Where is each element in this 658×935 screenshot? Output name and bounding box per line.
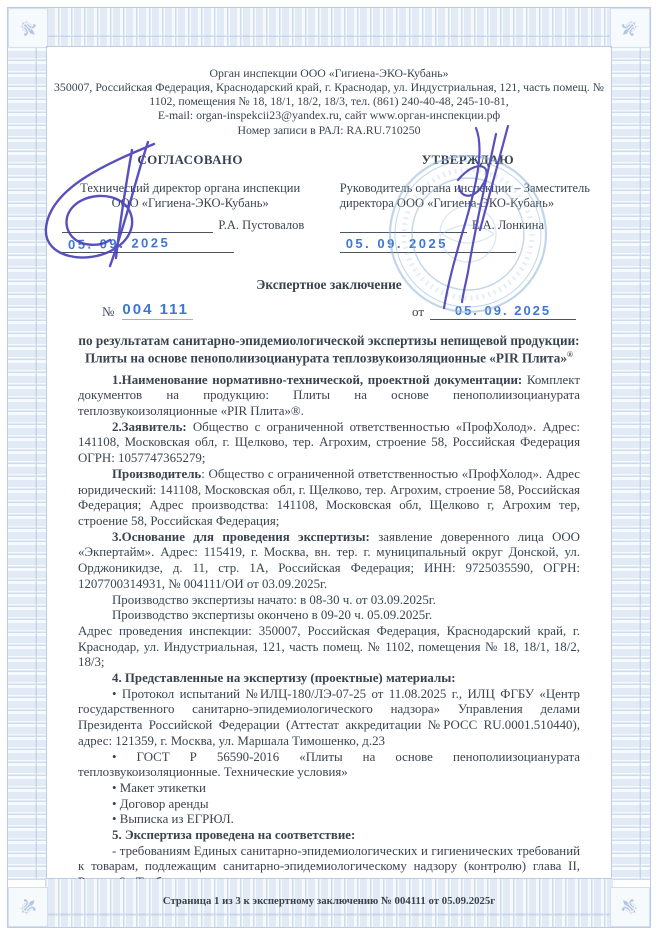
date-underline	[340, 252, 516, 253]
approval-right-title: УТВЕРЖДАЮ	[340, 152, 596, 168]
document-number-group: № 004 111	[102, 301, 193, 320]
date-underline	[62, 252, 234, 253]
border-band-right	[612, 45, 650, 880]
corner-ornament: ⚜	[8, 887, 48, 927]
border-band-bottom: Страница 1 из 3 к экспертному заключению…	[45, 879, 613, 927]
paragraph: 3.Основание для проведения экспертизы: з…	[78, 530, 580, 593]
approval-left: СОГЛАСОВАНО Технический директор органа …	[62, 152, 318, 257]
date-underline: 05. 09. 2025	[430, 303, 576, 320]
approvals-block: СОГЛАСОВАНО Технический директор органа …	[62, 152, 596, 257]
signature-blank	[340, 232, 467, 233]
paragraph: • Протокол испытаний №ИЛЦ-180/ЛЭ-07-25 о…	[78, 687, 580, 750]
paragraph: Производство экспертизы начато: в 08-30 …	[78, 593, 580, 609]
paragraph: Производитель: Общество с ограниченной о…	[78, 467, 580, 530]
letterhead-org: Орган инспекции ООО «Гигиена-ЭКО-Кубань»	[54, 66, 604, 80]
number-label: №	[102, 304, 114, 320]
document-title: Экспертное заключение	[78, 277, 580, 293]
paragraph: 2.Заявитель: Общество с ограниченной отв…	[78, 420, 580, 467]
date-stamp: 05. 09. 2025	[68, 235, 171, 252]
approval-right-role: Руководитель органа инспекции – Заместит…	[340, 181, 596, 212]
approval-right-date-row: 05. 09. 2025	[340, 235, 596, 257]
paragraph: • Выписка из ЕГРЮЛ.	[78, 812, 580, 828]
approval-left-role: Технический директор органа инспекции ОО…	[62, 181, 318, 212]
fleur-de-lis-icon: ⚜	[10, 889, 45, 924]
paragraph: • Макет этикетки	[78, 781, 580, 797]
fleur-de-lis-icon: ⚜	[612, 10, 647, 45]
approval-left-role-line2: ООО «Гигиена-ЭКО-Кубань»	[62, 196, 318, 212]
letterhead-registry: Номер записи в РАЛ: RA.RU.710250	[54, 123, 604, 137]
approval-left-name: Р.А. Пустовалов	[218, 218, 304, 233]
corner-ornament: ⚜	[8, 8, 48, 48]
border-band-top	[45, 8, 613, 46]
fleur-de-lis-icon: ⚜	[612, 889, 647, 924]
number-stamp: 004 111	[122, 301, 193, 320]
approval-left-date-row: 05. 09. 2025	[62, 235, 318, 257]
approval-right: УТВЕРЖДАЮ Руководитель органа инспекции …	[340, 152, 596, 257]
paragraph: 5. Экспертиза проведена на соответствие:	[78, 828, 580, 844]
signature-blank	[62, 232, 213, 233]
date-stamp: 05. 09. 2025	[455, 303, 551, 318]
corner-ornament: ⚜	[610, 8, 650, 48]
date-stamp: 05. 09. 2025	[346, 236, 448, 251]
paragraph: • ГОСТ Р 56590-2016 «Плиты на основе пен…	[78, 750, 580, 781]
letterhead-email: E-mail: organ-inspekcii23@yandex.ru, сай…	[54, 108, 604, 122]
subject-line2: Плиты на основе пенополиизоцианурата теп…	[78, 350, 580, 367]
registered-mark: ®	[567, 350, 573, 359]
letterhead: Орган инспекции ООО «Гигиена-ЭКО-Кубань»…	[54, 66, 604, 137]
document-date-group: от 05. 09. 2025	[412, 303, 576, 320]
approval-left-role-line1: Технический директор органа инспекции	[62, 181, 318, 197]
approval-right-role-line1: Руководитель органа инспекции – Заместит…	[340, 181, 596, 197]
paragraph: 4. Представленные на экспертизу (проектн…	[78, 671, 580, 687]
page-footer: Страница 1 из 3 к экспертному заключению…	[163, 895, 495, 911]
approval-right-name: Е.А. Лонкина	[472, 218, 544, 233]
paragraph: Адрес проведения инспекции: 350007, Росс…	[78, 624, 580, 671]
paragraph: 1.Наименование нормативно-технической, п…	[78, 373, 580, 420]
subject-heading: по результатам санитарно-эпидемиологичес…	[78, 333, 580, 367]
number-date-row: № 004 111 от 05. 09. 2025	[78, 296, 580, 320]
approval-left-title: СОГЛАСОВАНО	[62, 152, 318, 168]
paragraph: • Договор аренды	[78, 797, 580, 813]
letterhead-address: 350007, Российская Федерация, Краснодарс…	[54, 80, 604, 108]
approval-right-signature-line: Е.А. Лонкина	[340, 215, 596, 233]
body-paragraphs: 1.Наименование нормативно-технической, п…	[78, 373, 580, 879]
date-label: от	[412, 304, 424, 320]
approval-right-role-line2: директора ООО «Гигиена-ЭКО-Кубань»	[340, 196, 596, 212]
paragraph: Производство экспертизы окончено в 09-20…	[78, 608, 580, 624]
fleur-de-lis-icon: ⚜	[10, 10, 45, 45]
border-band-left	[8, 45, 46, 880]
paragraph: - требованиям Единых санитарно-эпидемиол…	[78, 844, 580, 879]
approval-left-signature-line: Р.А. Пустовалов	[62, 215, 318, 233]
document-content: Орган инспекции ООО «Гигиена-ЭКО-Кубань»…	[46, 46, 612, 879]
corner-ornament: ⚜	[610, 887, 650, 927]
document-page: Страница 1 из 3 к экспертному заключению…	[0, 0, 658, 935]
subject-line1: по результатам санитарно-эпидемиологичес…	[78, 333, 580, 350]
